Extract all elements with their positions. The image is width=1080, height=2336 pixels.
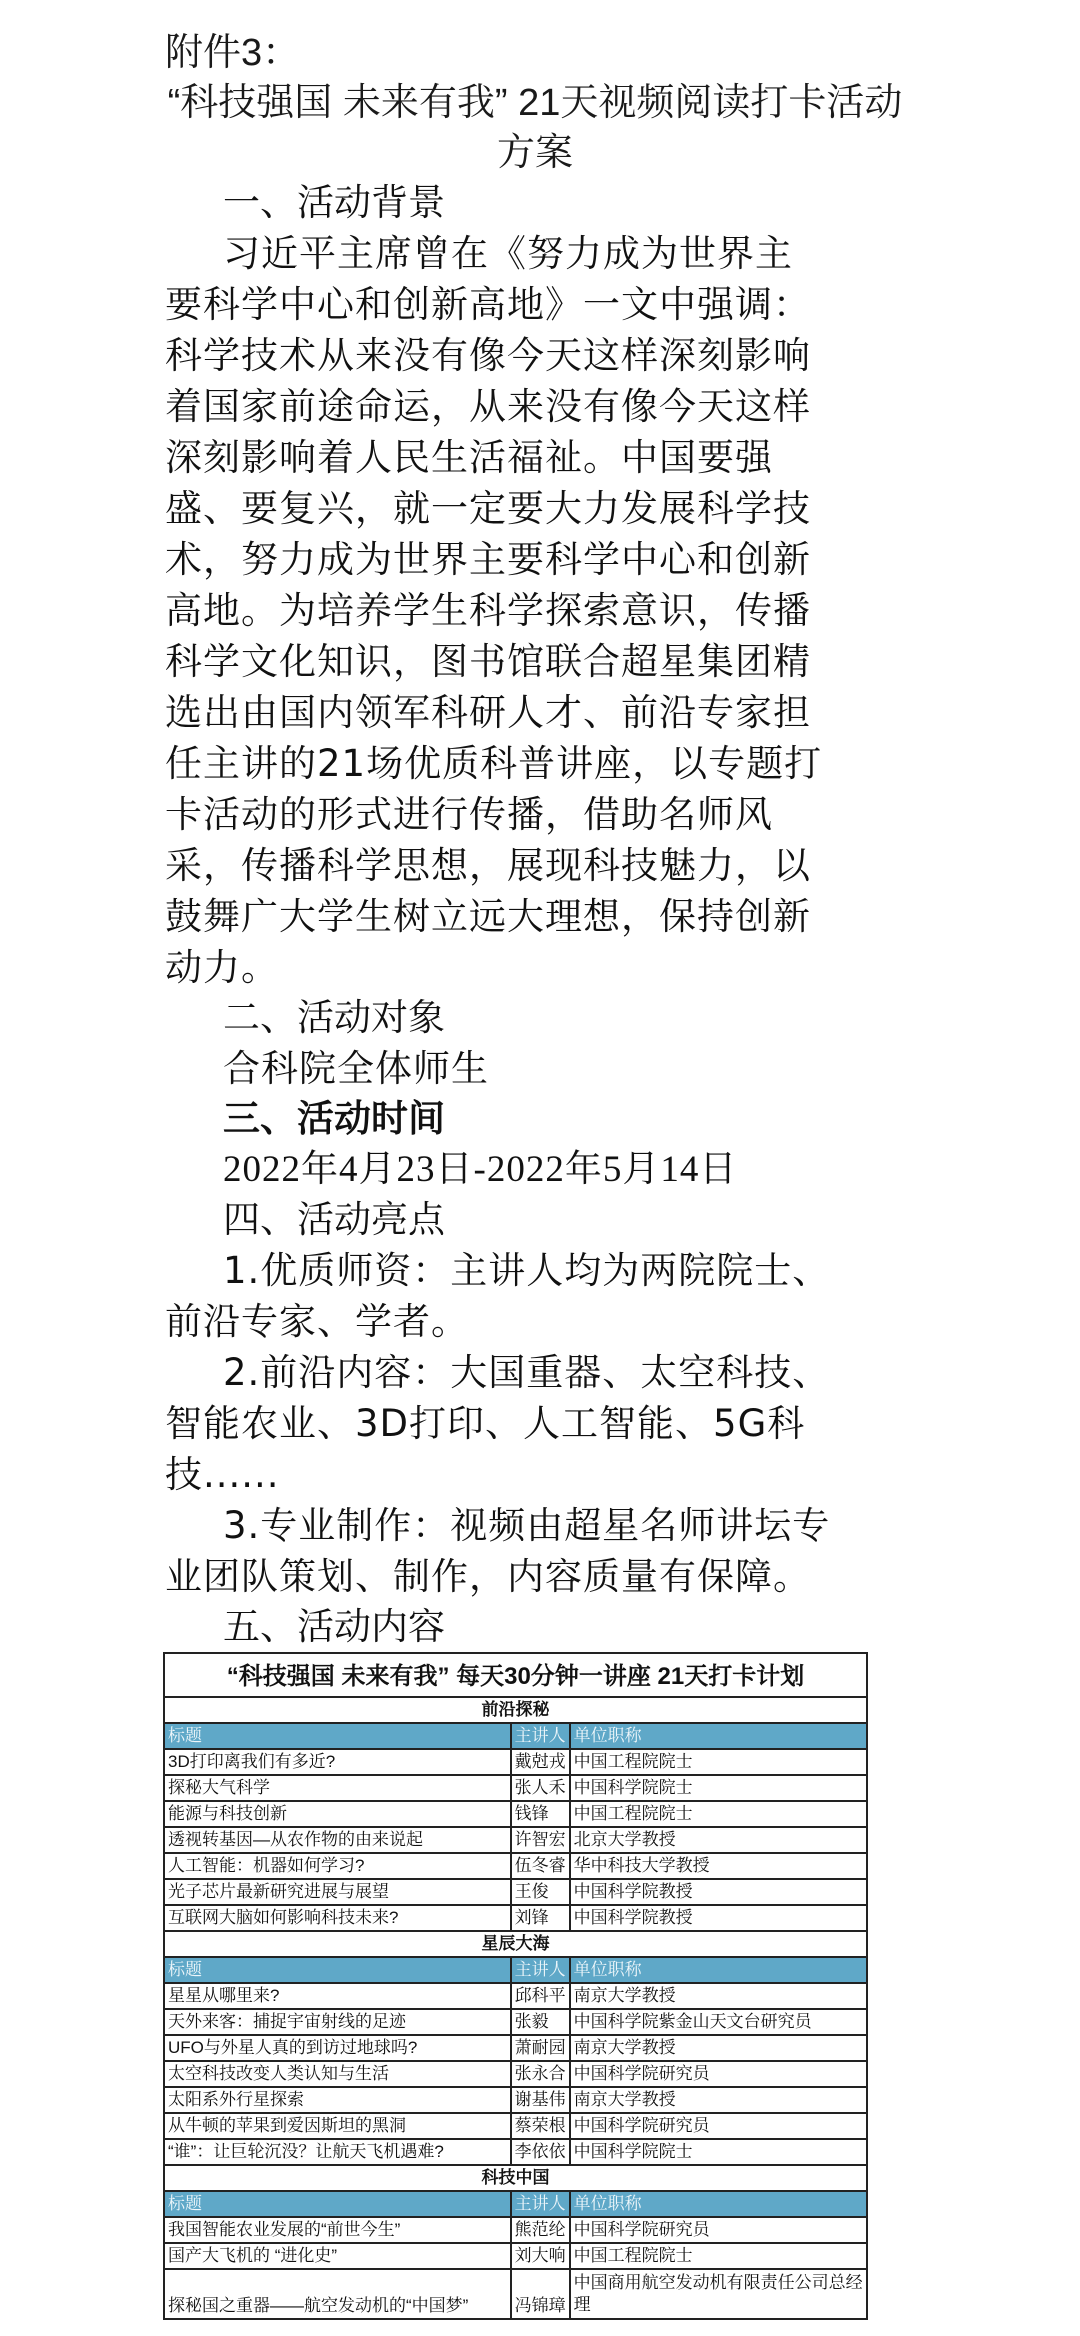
table-row: 太空科技改变人类认知与生活张永合中国科学院研究员 (164, 2061, 867, 2087)
cell-title: 星星从哪里来? (164, 1983, 511, 2009)
cell-unit: 中国科学院研究员 (570, 2217, 867, 2243)
table-row: 太阳系外行星探索谢基伟南京大学教授 (164, 2087, 867, 2113)
column-header-title: 标题 (164, 1723, 511, 1749)
cell-speaker: 张永合 (511, 2061, 570, 2087)
highlights-list: 1.优质师资：主讲人均为两院院士、 前沿专家、学者。 2.前沿内容：大国重器、太… (165, 1245, 925, 1602)
column-header-speaker: 主讲人 (511, 2191, 570, 2217)
column-header-unit: 单位职称 (570, 1723, 867, 1749)
column-header-title: 标题 (164, 2191, 511, 2217)
cell-unit: 中国科学院院士 (570, 1775, 867, 1801)
cell-speaker: 刘大响 (511, 2243, 570, 2269)
attachment-label: 附件3： (165, 30, 925, 78)
table-row: UFO与外星人真的到访过地球吗?萧耐园南京大学教授 (164, 2035, 867, 2061)
table-row: 能源与科技创新钱锋中国工程院院士 (164, 1801, 867, 1827)
table-row: 人工智能：机器如何学习?伍冬睿华中科技大学教授 (164, 1853, 867, 1879)
table-row: 国产大飞机的 “进化史”刘大响中国工程院院士 (164, 2243, 867, 2269)
paragraph-line: 术，努力成为世界主要科学中心和创新 (165, 534, 925, 585)
cell-unit: 中国工程院院士 (570, 2243, 867, 2269)
time-text: 2022年4月23日-2022年5月14日 (165, 1144, 925, 1195)
table-title: “科技强国 未来有我” 每天30分钟一讲座 21天打卡计划 (164, 1653, 867, 1697)
paragraph-line: 盛、要复兴，就一定要大力发展科学技 (165, 483, 925, 534)
highlight-line: 业团队策划、制作，内容质量有保障。 (165, 1551, 925, 1602)
cell-unit: 南京大学教授 (570, 1983, 867, 2009)
table-row: 探秘大气科学张人禾中国科学院院士 (164, 1775, 867, 1801)
cell-unit: 中国科学院紫金山天文台研究员 (570, 2009, 867, 2035)
highlight-line: 2.前沿内容：大国重器、太空科技、 (165, 1347, 925, 1398)
cell-unit: 北京大学教授 (570, 1827, 867, 1853)
cell-speaker: 戴尅戎 (511, 1749, 570, 1775)
paragraph-line: 着国家前途命运，从来没有像今天这样 (165, 381, 925, 432)
paragraph-line: 要科学中心和创新高地》一文中强调： (165, 279, 925, 330)
table-row: 光子芯片最新研究进展与展望王俊中国科学院教授 (164, 1879, 867, 1905)
table-row: 从牛顿的苹果到爱因斯坦的黑洞蔡荣根中国科学院研究员 (164, 2113, 867, 2139)
paragraph-line: 科学技术从来没有像今天这样深刻影响 (165, 330, 925, 381)
document-title: “科技强国 未来有我” 21天视频阅读打卡活动方案 (155, 78, 915, 178)
table-row: 我国智能农业发展的“前世今生”熊范纶中国科学院研究员 (164, 2217, 867, 2243)
cell-title: 能源与科技创新 (164, 1801, 511, 1827)
cell-unit: 南京大学教授 (570, 2087, 867, 2113)
table-row: 透视转基因—从农作物的由来说起许智宏北京大学教授 (164, 1827, 867, 1853)
section-heading-content: 五、活动内容 (165, 1602, 925, 1652)
paragraph-line: 习近平主席曾在《努力成为世界主 (165, 228, 925, 279)
cell-title: 太阳系外行星探索 (164, 2087, 511, 2113)
cell-title: 从牛顿的苹果到爱因斯坦的黑洞 (164, 2113, 511, 2139)
cell-title: 探秘国之重器——航空发动机的“中国梦” (164, 2269, 511, 2319)
section-heading-target: 二、活动对象 (165, 993, 925, 1043)
cell-title: 光子芯片最新研究进展与展望 (164, 1879, 511, 1905)
cell-title: 3D打印离我们有多近? (164, 1749, 511, 1775)
table-row: 星星从哪里来?邱科平南京大学教授 (164, 1983, 867, 2009)
cell-title: 探秘大气科学 (164, 1775, 511, 1801)
section-heading-time: 三、活动时间 (165, 1094, 925, 1144)
cell-title: 天外来客：捕捉宇宙射线的足迹 (164, 2009, 511, 2035)
column-header-title: 标题 (164, 1957, 511, 1983)
column-header-unit: 单位职称 (570, 1957, 867, 1983)
highlight-line: 技...... (165, 1449, 925, 1500)
highlight-line: 3.专业制作：视频由超星名师讲坛专 (165, 1500, 925, 1551)
paragraph-line: 选出由国内领军科研人才、前沿专家担 (165, 687, 925, 738)
table-row: “谁”：让巨轮沉没？让航天飞机遇难?李依依中国科学院院士 (164, 2139, 867, 2165)
cell-speaker: 李依依 (511, 2139, 570, 2165)
cell-unit: 中国商用航空发动机有限责任公司总经理 (570, 2269, 867, 2319)
paragraph-line: 深刻影响着人民生活福祉。中国要强 (165, 432, 925, 483)
highlight-line: 前沿专家、学者。 (165, 1296, 925, 1347)
background-paragraph: 习近平主席曾在《努力成为世界主 要科学中心和创新高地》一文中强调： 科学技术从来… (165, 228, 925, 993)
target-text: 合科院全体师生 (165, 1043, 925, 1094)
column-header-speaker: 主讲人 (511, 1957, 570, 1983)
cell-unit: 南京大学教授 (570, 2035, 867, 2061)
cell-speaker: 钱锋 (511, 1801, 570, 1827)
cell-speaker: 冯锦璋 (511, 2269, 570, 2319)
paragraph-line: 高地。为培养学生科学探索意识，传播 (165, 585, 925, 636)
cell-speaker: 张人禾 (511, 1775, 570, 1801)
cell-title: UFO与外星人真的到访过地球吗? (164, 2035, 511, 2061)
highlight-line: 1.优质师资：主讲人均为两院院士、 (165, 1245, 925, 1296)
column-header-unit: 单位职称 (570, 2191, 867, 2217)
cell-speaker: 刘锋 (511, 1905, 570, 1931)
column-header-speaker: 主讲人 (511, 1723, 570, 1749)
cell-unit: 中国科学院研究员 (570, 2113, 867, 2139)
cell-speaker: 邱科平 (511, 1983, 570, 2009)
cell-speaker: 伍冬睿 (511, 1853, 570, 1879)
cell-speaker: 蔡荣根 (511, 2113, 570, 2139)
cell-unit: 中国科学院院士 (570, 2139, 867, 2165)
cell-speaker: 许智宏 (511, 1827, 570, 1853)
table-row: 天外来客：捕捉宇宙射线的足迹张毅中国科学院紫金山天文台研究员 (164, 2009, 867, 2035)
checkin-plan-table: “科技强国 未来有我” 每天30分钟一讲座 21天打卡计划 前沿探秘 标题 主讲… (163, 1652, 868, 2320)
cell-speaker: 萧耐园 (511, 2035, 570, 2061)
paragraph-line: 鼓舞广大学生树立远大理想，保持创新 (165, 891, 925, 942)
cell-title: 人工智能：机器如何学习? (164, 1853, 511, 1879)
cell-title: 互联网大脑如何影响科技未来? (164, 1905, 511, 1931)
paragraph-line: 采，传播科学思想，展现科技魅力，以 (165, 840, 925, 891)
document-page: 附件3： “科技强国 未来有我” 21天视频阅读打卡活动方案 一、活动背景 习近… (165, 30, 925, 1652)
cell-unit: 华中科技大学教授 (570, 1853, 867, 1879)
cell-title: 透视转基因—从农作物的由来说起 (164, 1827, 511, 1853)
group-title: 星辰大海 (164, 1931, 867, 1957)
cell-title: “谁”：让巨轮沉没？让航天飞机遇难? (164, 2139, 511, 2165)
group-title: 前沿探秘 (164, 1697, 867, 1723)
cell-unit: 中国工程院院士 (570, 1801, 867, 1827)
cell-unit: 中国科学院教授 (570, 1879, 867, 1905)
cell-speaker: 熊范纶 (511, 2217, 570, 2243)
cell-unit: 中国工程院院士 (570, 1749, 867, 1775)
table-row: 3D打印离我们有多近?戴尅戎中国工程院院士 (164, 1749, 867, 1775)
section-heading-highlights: 四、活动亮点 (165, 1195, 925, 1245)
paragraph-line: 任主讲的21场优质科普讲座，以专题打 (165, 738, 925, 789)
cell-unit: 中国科学院教授 (570, 1905, 867, 1931)
cell-speaker: 张毅 (511, 2009, 570, 2035)
table-row: 探秘国之重器——航空发动机的“中国梦”冯锦璋中国商用航空发动机有限责任公司总经理 (164, 2269, 867, 2319)
paragraph-line: 卡活动的形式进行传播，借助名师风 (165, 789, 925, 840)
highlight-line: 智能农业、3D打印、人工智能、5G科 (165, 1398, 925, 1449)
cell-speaker: 王俊 (511, 1879, 570, 1905)
cell-title: 太空科技改变人类认知与生活 (164, 2061, 511, 2087)
table-row: 互联网大脑如何影响科技未来?刘锋中国科学院教授 (164, 1905, 867, 1931)
paragraph-line: 动力。 (165, 942, 925, 993)
cell-title: 国产大飞机的 “进化史” (164, 2243, 511, 2269)
group-title: 科技中国 (164, 2165, 867, 2191)
cell-speaker: 谢基伟 (511, 2087, 570, 2113)
cell-unit: 中国科学院研究员 (570, 2061, 867, 2087)
cell-title: 我国智能农业发展的“前世今生” (164, 2217, 511, 2243)
paragraph-line: 科学文化知识，图书馆联合超星集团精 (165, 636, 925, 687)
section-heading-background: 一、活动背景 (165, 178, 925, 228)
